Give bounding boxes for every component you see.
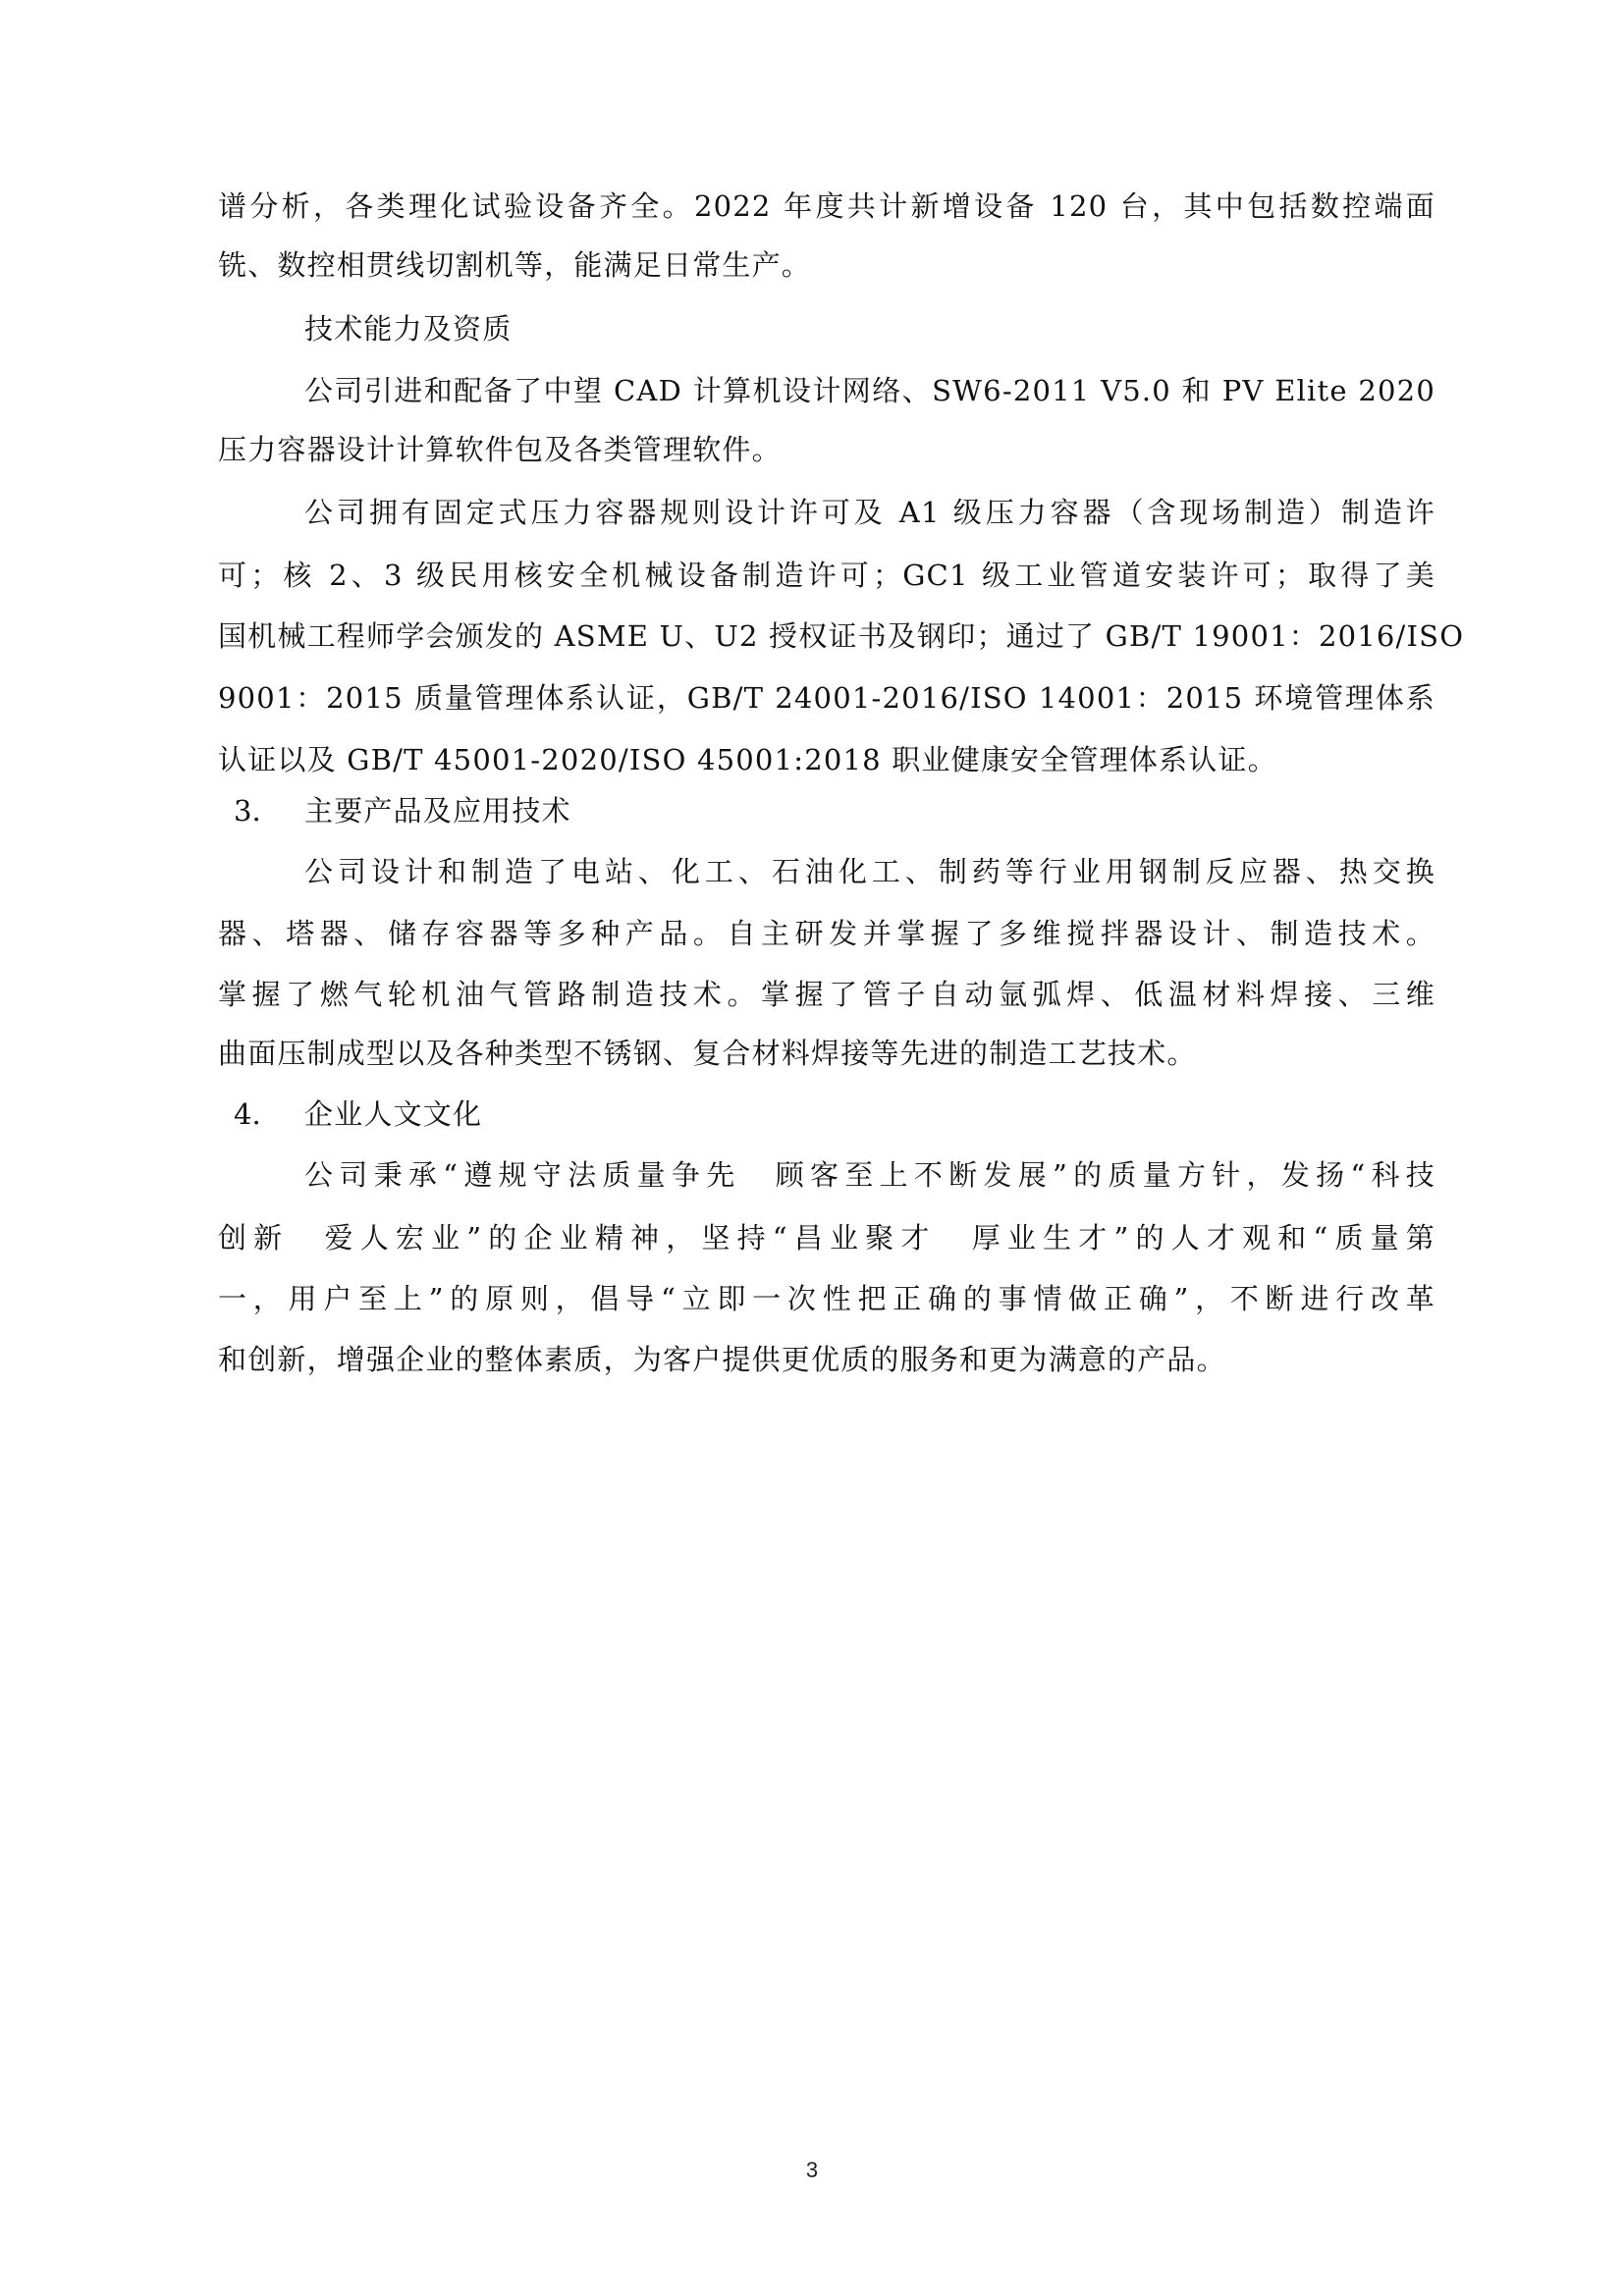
paragraph-line: 铣、数控相贯线切割机等，能满足日常生产。 <box>218 245 1435 285</box>
paragraph-line: 认证以及 GB/T 45001-2020/ISO 45001:2018 职业健康… <box>218 740 1435 779</box>
section-number: 3. <box>234 791 261 830</box>
paragraph-line: 曲面压制成型以及各种类型不锈钢、复合材料焊接等先进的制造工艺技术。 <box>218 1034 1435 1073</box>
paragraph-line: 公司设计和制造了电站、化工、石油化工、制药等行业用钢制反应器、热交换 <box>304 852 1435 891</box>
paragraph-line: 公司拥有固定式压力容器规则设计许可及 A1 级压力容器（含现场制造）制造许 <box>304 493 1435 532</box>
paragraph-line: 可；核 2、3 级民用核安全机械设备制造许可；GC1 级工业管道安装许可；取得了… <box>218 556 1435 595</box>
paragraph-line: 9001：2015 质量管理体系认证，GB/T 24001-2016/ISO 1… <box>218 678 1435 718</box>
section-title: 主要产品及应用技术 <box>304 791 571 830</box>
paragraph-line: 和创新，增强企业的整体素质，为客户提供更优质的服务和更为满意的产品。 <box>218 1340 1435 1379</box>
paragraph-line: 一，用户至上”的原则，倡导“立即一次性把正确的事情做正确”，不断进行改革 <box>218 1279 1435 1318</box>
paragraph-line: 公司引进和配备了中望 CAD 计算机设计网络、SW6-2011 V5.0 和 P… <box>304 371 1435 410</box>
paragraph-line: 压力容器设计计算软件包及各类管理软件。 <box>218 430 1435 469</box>
paragraph-line: 谱分析，各类理化试验设备齐全。2022 年度共计新增设备 120 台，其中包括数… <box>218 187 1435 226</box>
document-page: 谱分析，各类理化试验设备齐全。2022 年度共计新增设备 120 台，其中包括数… <box>0 0 1624 2296</box>
section-title: 企业人文文化 <box>304 1095 482 1134</box>
subheading-tech-capability: 技术能力及资质 <box>304 309 1435 348</box>
paragraph-line: 国机械工程师学会颁发的 ASME U、U2 授权证书及钢印；通过了 GB/T 1… <box>218 616 1435 656</box>
paragraph-line: 公司秉承“遵规守法质量争先 顾客至上不断发展”的质量方针，发扬“科技 <box>304 1155 1435 1195</box>
paragraph-line: 器、塔器、储存容器等多种产品。自主研发并掌握了多维搅拌器设计、制造技术。 <box>218 914 1435 953</box>
page-number: 3 <box>0 2158 1624 2183</box>
section-number: 4. <box>234 1095 261 1134</box>
paragraph-line: 掌握了燃气轮机油气管路制造技术。掌握了管子自动氩弧焊、低温材料焊接、三维 <box>218 975 1435 1014</box>
paragraph-line: 创新 爱人宏业”的企业精神，坚持“昌业聚才 厚业生才”的人才观和“质量第 <box>218 1218 1435 1257</box>
